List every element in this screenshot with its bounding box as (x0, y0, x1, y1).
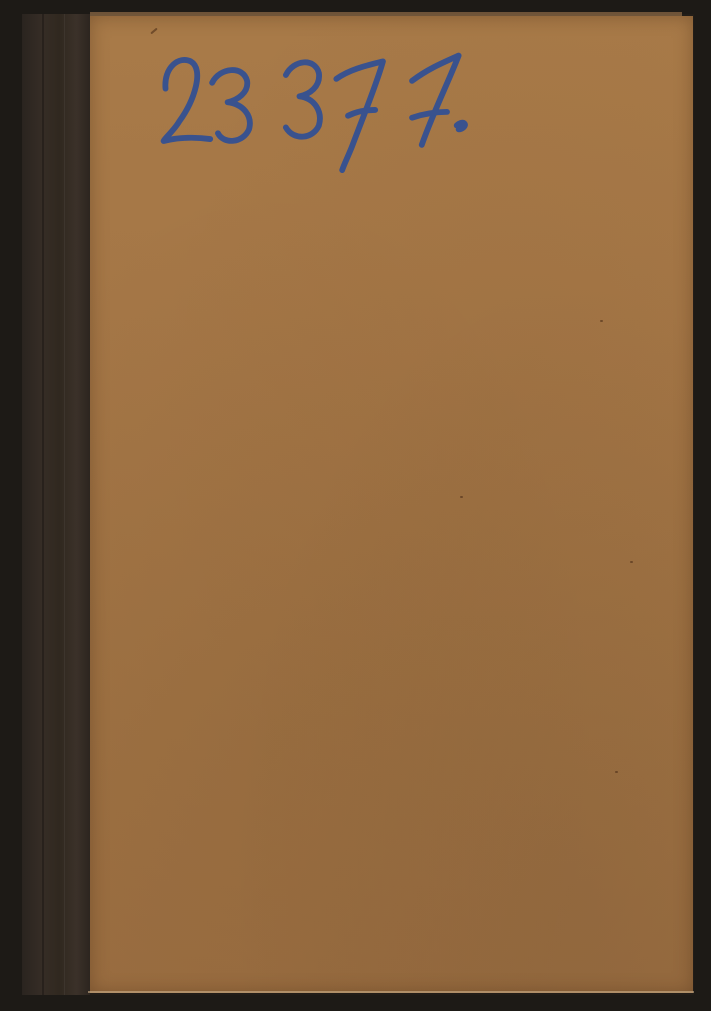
paper-speck (460, 496, 463, 498)
handwritten-number-glyphs (150, 38, 480, 178)
paper-speck (615, 771, 618, 773)
paper-speck (630, 561, 633, 563)
handwritten-accession-number: 23377. (150, 38, 480, 178)
paper-speck (600, 320, 603, 322)
bottom-edge (88, 991, 694, 993)
scanned-document: 23377. (0, 0, 711, 1011)
cloth-spine (22, 14, 90, 995)
paper-speck (150, 28, 157, 35)
